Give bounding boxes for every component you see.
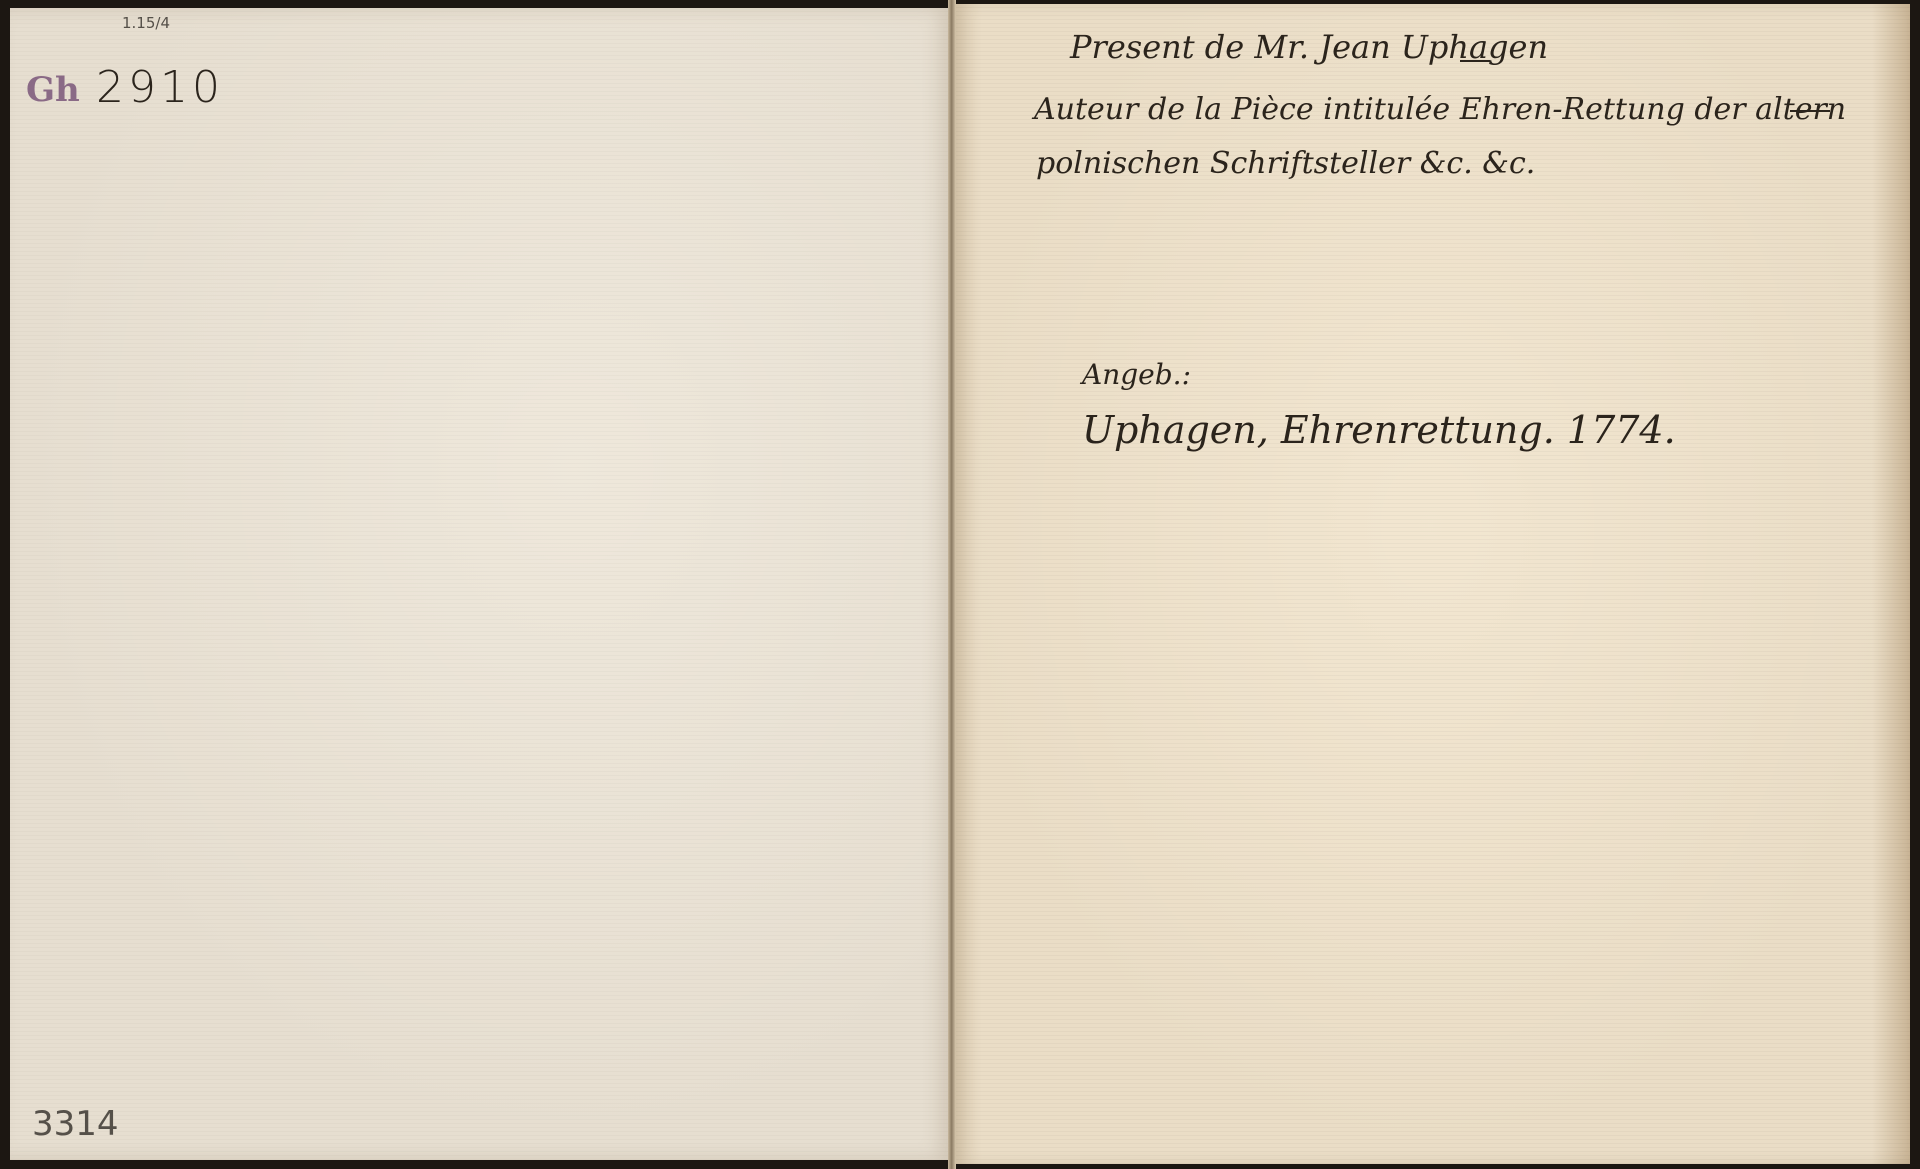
note-label: Angeb.: — [1082, 358, 1191, 391]
shelfmark-prefix: Gh — [26, 70, 80, 110]
book-gutter — [948, 0, 956, 1169]
inscription-line-3: polnischen Schriftsteller &c. &c. — [1036, 146, 1535, 181]
left-page — [10, 8, 952, 1160]
inscription-dash-1 — [1460, 60, 1490, 62]
inscription-line-2: Auteur de la Pièce intitulée Ehren-Rettu… — [1034, 92, 1846, 127]
inscription-dash-2 — [1790, 110, 1830, 112]
inventory-number: 3314 — [32, 1104, 119, 1144]
book-spread: 1.15/4 Gh 2910 3314 Present de Mr. Jean … — [0, 0, 1920, 1169]
shelfmark-number: 2910 — [96, 62, 224, 113]
note-text: Uphagen, Ehrenrettung. 1774. — [1082, 408, 1676, 452]
fraction-note: 1.15/4 — [122, 14, 170, 32]
